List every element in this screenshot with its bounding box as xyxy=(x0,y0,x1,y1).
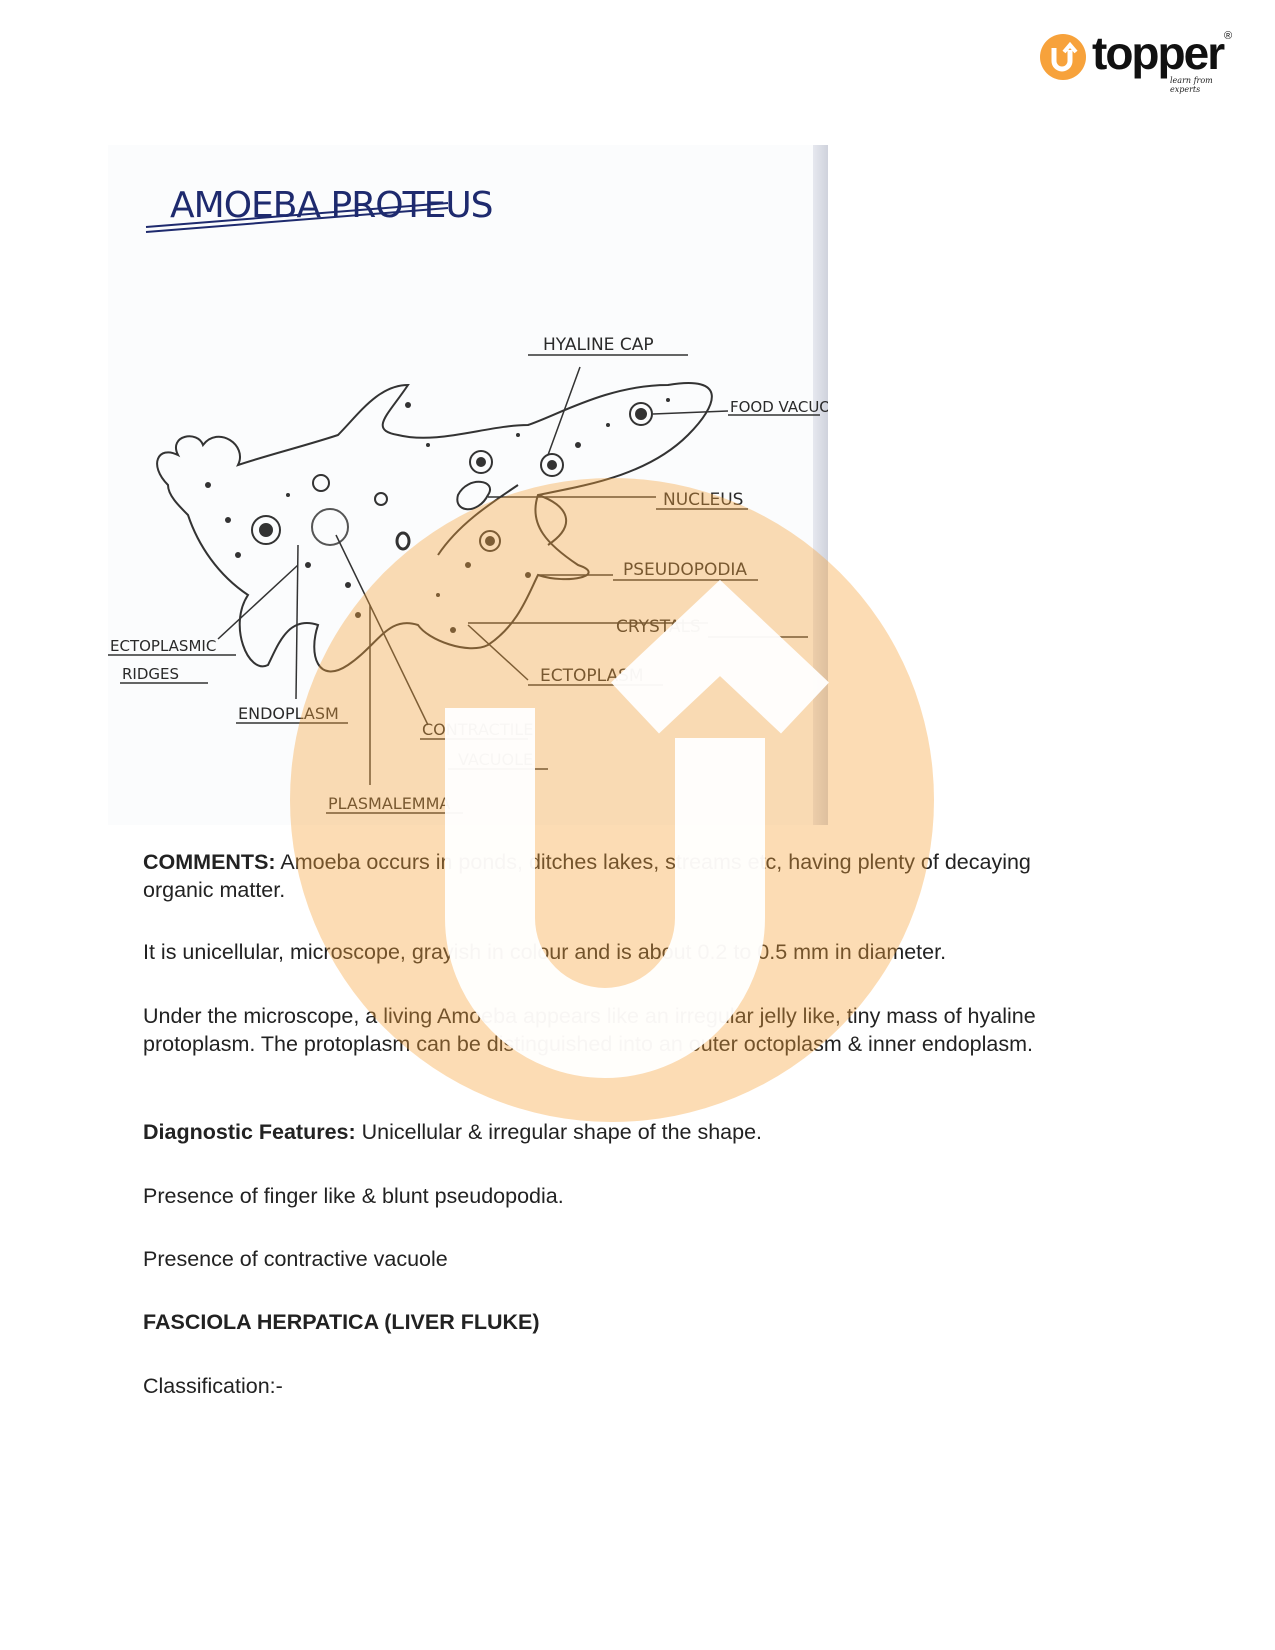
label-nucleus: NUCLEUS xyxy=(663,490,743,510)
registered-mark: ® xyxy=(1224,30,1232,42)
label-endoplasm: ENDOPLASM xyxy=(238,704,339,723)
diagnostic-text: Unicellular & irregular shape of the sha… xyxy=(356,1120,762,1144)
diagram-title: AMOEBA PROTEUS xyxy=(170,185,493,226)
microscope-paragraph: Under the microscope, a living Amoeba ap… xyxy=(143,1002,1073,1058)
label-pseudopodia: PSEUDOPODIA xyxy=(623,560,747,580)
label-hyaline-cap: HYALINE CAP xyxy=(543,335,654,355)
label-contractile: CONTRACTILE xyxy=(422,720,533,739)
label-ectoplasmic: ECTOPLASMIC xyxy=(110,637,216,655)
feature-vacuole: Presence of contractive vacuole xyxy=(143,1245,1073,1273)
label-food-vacuole: FOOD VACUOLE xyxy=(730,398,828,416)
topper-logo: topper ® learn from experts xyxy=(1040,28,1240,88)
diagnostic-paragraph: Diagnostic Features: Unicellular & irreg… xyxy=(143,1118,1073,1146)
label-vacuole: VACUOLE xyxy=(458,750,533,769)
diagnostic-label: Diagnostic Features: xyxy=(143,1120,356,1144)
brand-name: topper xyxy=(1092,28,1223,78)
brand-tagline: learn from experts xyxy=(1170,76,1240,94)
section-heading: FASCIOLA HERPATICA (LIVER FLUKE) xyxy=(143,1308,1073,1336)
feature-pseudopodia: Presence of finger like & blunt pseudopo… xyxy=(143,1182,1073,1210)
comments-paragraph: COMMENTS: Amoeba occurs in ponds, ditche… xyxy=(143,848,1073,904)
topper-u-arrow-icon xyxy=(1040,34,1086,80)
classification-label: Classification:- xyxy=(143,1372,1073,1400)
size-paragraph: It is unicellular, microscope, grayish i… xyxy=(143,938,1073,966)
label-ectoplasm: ECTOPLASM xyxy=(540,666,644,686)
label-crystals: CRYSTALS xyxy=(616,617,701,637)
label-ridges: RIDGES xyxy=(122,665,179,683)
amoeba-diagram: AMOEBA PROTEUS xyxy=(108,145,828,825)
comments-label: COMMENTS: xyxy=(143,850,276,874)
comments-text: Amoeba occurs in ponds, ditches lakes, s… xyxy=(143,850,1031,902)
label-plasmalemma: PLASMALEMMA xyxy=(328,794,450,813)
